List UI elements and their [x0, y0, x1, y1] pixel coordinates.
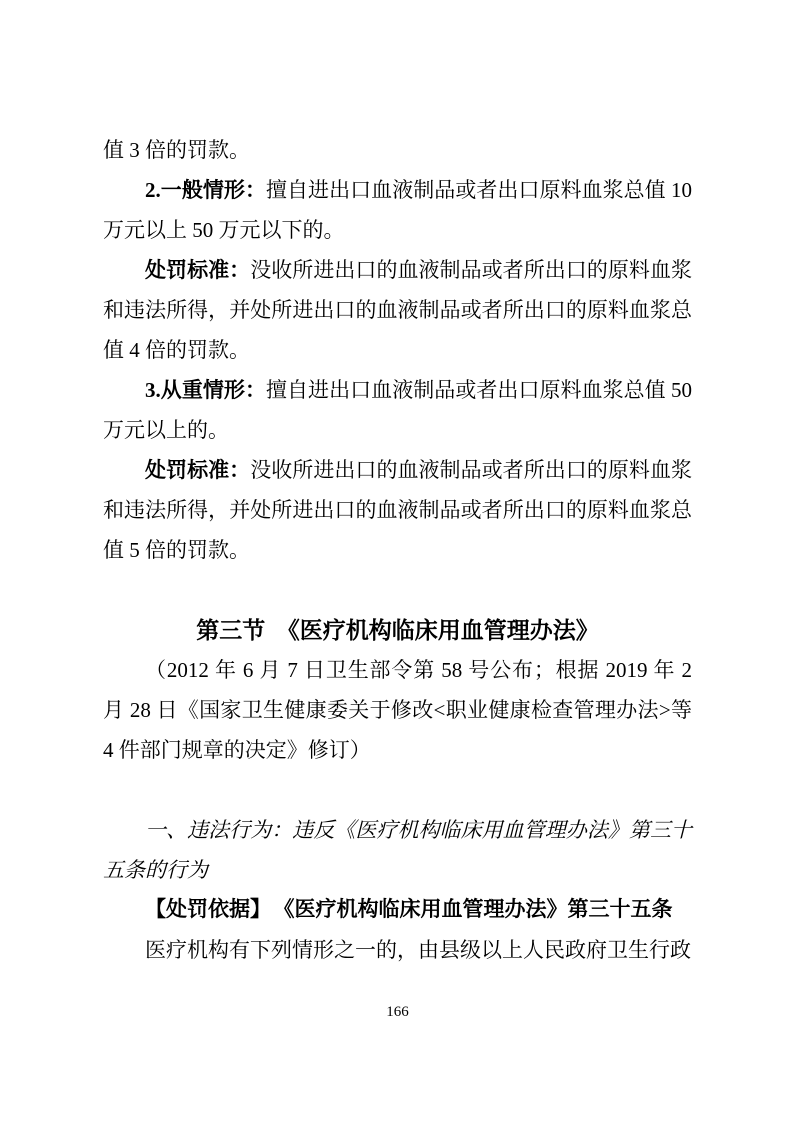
run-label-penalty-basis: 【处罚依据】 — [145, 898, 271, 921]
run-citation: 《医疗机构临床用血管理办法》第三十五条 — [284, 898, 673, 921]
paragraph-penalty-basis: 【处罚依据】《医疗机构临床用血管理办法》第三十五条 — [103, 890, 692, 930]
page-number: 166 — [103, 1002, 692, 1022]
run-label-aggravated-case: 3.从重情形： — [145, 378, 266, 402]
paragraph-promulgation-note: （2012 年 6 月 7 日卫生部令第 58 号公布；根据 2019 年 2 … — [103, 650, 692, 770]
run-label-general-case: 2.一般情形： — [145, 178, 266, 202]
paragraph-penalty-standard-1: 处罚标准：没收所进出口的血液制品或者所出口的原料血浆和违法所得，并处所进出口的血… — [103, 250, 692, 370]
paragraph-violation-item: 一、违法行为：违反《医疗机构临床用血管理办法》第三十五条的行为 — [103, 810, 692, 890]
run-label-penalty-standard: 处罚标准： — [145, 258, 250, 282]
paragraph-penalty-standard-2: 处罚标准：没收所进出口的血液制品或者所出口的原料血浆和违法所得，并处所进出口的血… — [103, 450, 692, 570]
section-heading: 第三节 《医疗机构临床用血管理办法》 — [103, 610, 692, 650]
paragraph-general-case: 2.一般情形：擅自进出口血液制品或者出口原料血浆总值 10 万元以上 50 万元… — [103, 170, 692, 250]
run-label-penalty-standard: 处罚标准： — [145, 458, 250, 482]
paragraph-aggravated-case: 3.从重情形：擅自进出口血液制品或者出口原料血浆总值 50 万元以上的。 — [103, 370, 692, 450]
document-page: 值 3 倍的罚款。 2.一般情形：擅自进出口血液制品或者出口原料血浆总值 10 … — [0, 0, 793, 1122]
paragraph-article-body: 医疗机构有下列情形之一的，由县级以上人民政府卫生行政 — [103, 930, 692, 970]
paragraph-continuation: 值 3 倍的罚款。 — [103, 130, 692, 170]
